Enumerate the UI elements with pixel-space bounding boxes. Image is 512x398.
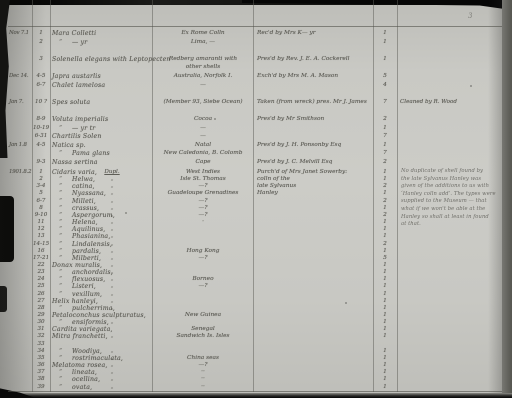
taxon-name: Spes soluta [52, 99, 152, 106]
donor-cell: Hanley [257, 190, 371, 196]
quantity-cell: 1 [374, 262, 396, 268]
donor-cell: colln of the [257, 176, 371, 182]
locality-cell: New Caledonia, B. Colomb [154, 150, 252, 156]
reg-no-cell: 34 [33, 348, 49, 354]
note-line: Hanley so shall at least in found [401, 214, 507, 222]
taxon-name: Chartilis Solen [52, 133, 152, 140]
quantity-cell: 1 [374, 291, 396, 297]
quantity-cell: 1 [374, 226, 396, 232]
locality-cell: —? [154, 198, 252, 204]
locality-cell: — [154, 82, 252, 88]
locality-cell: Senegal [154, 326, 252, 332]
donor-cell: Purch'd of Mrs Janet Sowerby: [257, 169, 371, 175]
dup-mark: „ [104, 176, 120, 182]
locality-cell: ·· [154, 384, 252, 390]
dup-mark: „ [104, 305, 120, 311]
quantity-cell: 1 [374, 376, 396, 382]
taxon-name: Natica sp. [52, 142, 152, 149]
reg-no-cell: 25 [33, 283, 49, 289]
note-line: what if we won't be able at the [401, 206, 507, 214]
locality-cell: Cape [154, 159, 252, 165]
note-line: the late Sylvanus Hanley was [401, 176, 507, 184]
donor-cell: Taken (from wreck) pres. Mr J. James [257, 99, 371, 105]
dup-mark: „ [104, 269, 120, 275]
note-line: supplied to the Museum — that [401, 198, 507, 206]
ledger-page-scan: 3 Nov 7.11Mara CollettiEx Rome CollnRec'… [0, 0, 512, 398]
quantity-cell: 7 [374, 99, 396, 105]
dup-mark: „ [104, 241, 120, 247]
locality-cell: — [154, 125, 252, 131]
dup-mark: „ [104, 276, 120, 282]
curator-note: No duplicate of shell found bythe late S… [401, 168, 507, 229]
reg-no-cell: 33 [33, 341, 49, 347]
dust-speck [125, 212, 127, 214]
locality-cell: Redberg amaranti with [154, 56, 252, 62]
reg-no-cell: 6-31 [33, 133, 49, 139]
dup-mark: „ [104, 348, 120, 354]
reg-no-cell: 1 [33, 30, 49, 36]
quantity-cell: 1 [374, 169, 396, 175]
dup-mark: „ [104, 369, 120, 375]
dup-mark: „ [104, 291, 120, 297]
date-cell: Nov 7.1 [9, 30, 33, 36]
locality-cell: New Guinea [154, 312, 252, 318]
date-cell: 1901.8.2 [9, 169, 33, 175]
locality-cell: —? [154, 183, 252, 189]
book-bottom-edge [0, 393, 512, 398]
dup-mark: „ [104, 319, 120, 325]
reg-no-cell: 35 [33, 355, 49, 361]
reg-no-cell: 2 [33, 39, 49, 45]
taxon-name: Helix hanleyi, [52, 298, 152, 305]
taxon-name: Melatoma rosea, [52, 362, 152, 369]
ledger-line: 39ovata,„··1 [0, 384, 512, 393]
taxon-name: Japra austarlis [52, 73, 152, 80]
quantity-cell: 1 [374, 355, 396, 361]
dust-speck [345, 302, 347, 304]
locality-cell: Sandwich Is. Isles [154, 333, 252, 339]
reg-no-cell: 24 [33, 276, 49, 282]
locality-cell: — [154, 133, 252, 139]
locality-cell: Lima, — [154, 39, 252, 45]
reg-no-cell: 22 [33, 262, 49, 268]
reg-no-cell: 36 [33, 362, 49, 368]
taxon-name: Solenella elegans with Leptopecten [52, 56, 152, 63]
donor-cell: late Sylvanus [257, 183, 371, 189]
reg-no-cell: 26 [33, 291, 49, 297]
quantity-cell: 1 [374, 125, 396, 131]
dup-mark: „ [104, 283, 120, 289]
quantity-cell: 7 [374, 133, 396, 139]
reg-no-cell: 28 [33, 305, 49, 311]
locality-cell: Isle St. Thomas [154, 176, 252, 182]
quantity-cell: 1 [374, 312, 396, 318]
dup-mark: „ [104, 233, 120, 239]
reg-no-cell: 3-4 [33, 183, 49, 189]
dup-mark: „ [104, 190, 120, 196]
ledger-line: 9-3Nassa sertinaCapePres'd by J. C. Melv… [0, 159, 512, 168]
reg-no-cell: 14-15 [33, 241, 49, 247]
quantity-cell: 1 [374, 30, 396, 36]
date-cell: Jan 7. [9, 99, 33, 105]
header-rule [8, 26, 502, 27]
note-line: No duplicate of shell found by [401, 168, 507, 176]
taxon-name: Cidaris varia, [52, 169, 152, 176]
locality-cell: West Indies [154, 169, 252, 175]
reg-no-cell: 6-7 [33, 82, 49, 88]
donor-cell: Exch'd by Mrs M. A. Mason [257, 73, 371, 79]
reg-no-cell: 9-3 [33, 159, 49, 165]
note-line: ‘Hanley colln add’. The types were [401, 191, 507, 199]
reg-no-cell: 6-7 [33, 198, 49, 204]
quantity-cell: 2 [374, 159, 396, 165]
locality-cell: · [154, 219, 252, 225]
quantity-cell: 1 [374, 39, 396, 45]
quantity-cell: 1 [374, 233, 396, 239]
quantity-cell: 2 [374, 212, 396, 218]
locality-cell: —? [154, 362, 252, 368]
quantity-cell: 1 [374, 56, 396, 62]
quantity-cell: 1 [374, 369, 396, 375]
date-cell: Dec 14. [9, 73, 33, 79]
quantity-cell: 2 [374, 241, 396, 247]
remark-cell: Cleaned by R. Wood [400, 99, 504, 105]
quantity-cell: 2 [374, 183, 396, 189]
donor-cell: Pres'd by Mr Smithson [257, 116, 371, 122]
note-line: at that. [401, 221, 507, 229]
quantity-cell: 1 [374, 348, 396, 354]
reg-no-cell: 10 ? [33, 99, 49, 105]
reg-no-cell: 32 [33, 333, 49, 339]
locality-cell: —? [154, 283, 252, 289]
locality-cell: Australia, Norfolk I. [154, 73, 252, 79]
locality-cell: —? [154, 255, 252, 261]
reg-no-cell: 38 [33, 376, 49, 382]
quantity-cell: 2 [374, 116, 396, 122]
quantity-cell: 1 [374, 276, 396, 282]
quantity-cell: 1 [374, 283, 396, 289]
taxon-name: Mitra franchetti, [52, 333, 152, 340]
reg-no-cell: 23 [33, 269, 49, 275]
dup-mark: „ [104, 248, 120, 254]
dust-speck [214, 118, 216, 120]
reg-no-cell: 9-10 [33, 212, 49, 218]
quantity-cell: 1 [374, 219, 396, 225]
reg-no-cell: 17-21 [33, 255, 49, 261]
locality-cell: ·· [154, 369, 252, 375]
reg-no-cell: 10-19 [33, 125, 49, 131]
donor-cell: Pres'd by J. H. Ponsonby Esq [257, 142, 371, 148]
quantity-cell: 5 [374, 255, 396, 261]
quantity-cell: 1 [374, 333, 396, 339]
quantity-cell: 5 [374, 73, 396, 79]
dup-mark: „ [104, 262, 120, 268]
taxon-name: Chalet lamelosa [52, 82, 152, 89]
donor-cell: Pres'd by Rev. J. E. A. Cockerell [257, 56, 371, 62]
reg-no-cell: 30 [33, 319, 49, 325]
reg-no-cell: 12 [33, 226, 49, 232]
quantity-cell: 1 [374, 190, 396, 196]
taxon-name: Nassa sertina [52, 159, 152, 166]
reg-no-cell: 39 [33, 384, 49, 390]
taxon-name: Mara Colletti [52, 30, 152, 37]
dup-mark: „ [104, 333, 120, 339]
quantity-cell: 1 [374, 205, 396, 211]
reg-no-cell: 3 [33, 56, 49, 62]
dup-mark: „ [104, 255, 120, 261]
quantity-cell: 1 [374, 298, 396, 304]
locality-cell: —? [154, 212, 252, 218]
taxon-name: Petaloconchus sculpturatus, [52, 312, 152, 319]
dup-mark: „ [104, 226, 120, 232]
quantity-cell: 1 [374, 176, 396, 182]
reg-no-cell: 8 [33, 205, 49, 211]
quantity-cell: 1 [374, 362, 396, 368]
reg-no-cell: 16 [33, 248, 49, 254]
dup-mark: „ [104, 219, 120, 225]
quantity-cell: 7 [374, 150, 396, 156]
dup-mark: „ [104, 376, 120, 382]
locality-cell: —? [154, 205, 252, 211]
dust-speck [470, 85, 472, 87]
reg-no-cell: 37 [33, 369, 49, 375]
locality-cell: Guadeloupe Grenadines [154, 190, 252, 196]
locality-cell: (Member 93, Siebe Ocean) [154, 99, 252, 105]
dup-mark: „ [104, 362, 120, 368]
page-number: 3 [468, 12, 472, 20]
dup-mark: „ [104, 198, 120, 204]
locality-cell: China seas [154, 355, 252, 361]
dup-mark: „ [104, 183, 120, 189]
locality-cell: Hong Kong [154, 248, 252, 254]
reg-no-cell: 8-9 [33, 116, 49, 122]
dup-mark: Dupl. [104, 169, 120, 175]
taxon-name: Cardita variegata, [52, 326, 152, 333]
reg-no-cell: 4-5 [33, 142, 49, 148]
dup-mark: „ [104, 355, 120, 361]
taxon-name: Donax muralis, [52, 262, 152, 269]
taxon-name: Voluta imperialis [52, 116, 152, 123]
reg-no-cell: 13 [33, 233, 49, 239]
note-line: given of the additions to us with [401, 183, 507, 191]
reg-no-cell: 27 [33, 298, 49, 304]
reg-no-cell: 1 [33, 169, 49, 175]
quantity-cell: 1 [374, 319, 396, 325]
quantity-cell: 4 [374, 82, 396, 88]
reg-no-cell: 29 [33, 312, 49, 318]
dup-mark: „ [104, 212, 120, 218]
quantity-cell: 1 [374, 142, 396, 148]
quantity-cell: 1 [374, 269, 396, 275]
reg-no-cell: 2 [33, 176, 49, 182]
reg-no-cell: 4-5 [33, 73, 49, 79]
quantity-cell: 2 [374, 198, 396, 204]
dup-mark: „ [104, 384, 120, 390]
locality-cell: other shells [154, 64, 252, 70]
quantity-cell: 1 [374, 326, 396, 332]
locality-cell: Ex Rome Colln [154, 30, 252, 36]
quantity-cell: 1 [374, 305, 396, 311]
quantity-cell: 1 [374, 384, 396, 390]
reg-no-cell: 31 [33, 326, 49, 332]
locality-cell: ·· [154, 376, 252, 382]
locality-cell: Borneo [154, 276, 252, 282]
locality-cell: Natal [154, 142, 252, 148]
donor-cell: Rec'd by Mrs K— yr [257, 30, 371, 36]
date-cell: Jan 1.8 [9, 142, 33, 148]
locality-cell: Cocoa [154, 116, 252, 122]
book-top-right-corner [242, 0, 512, 10]
reg-no-cell: 5 [33, 190, 49, 196]
dup-mark: „ [104, 205, 120, 211]
dup-mark: „ [104, 298, 120, 304]
reg-no-cell: 11 [33, 219, 49, 225]
quantity-cell: 1 [374, 248, 396, 254]
donor-cell: Pres'd by J. C. Melvill Esq [257, 159, 371, 165]
